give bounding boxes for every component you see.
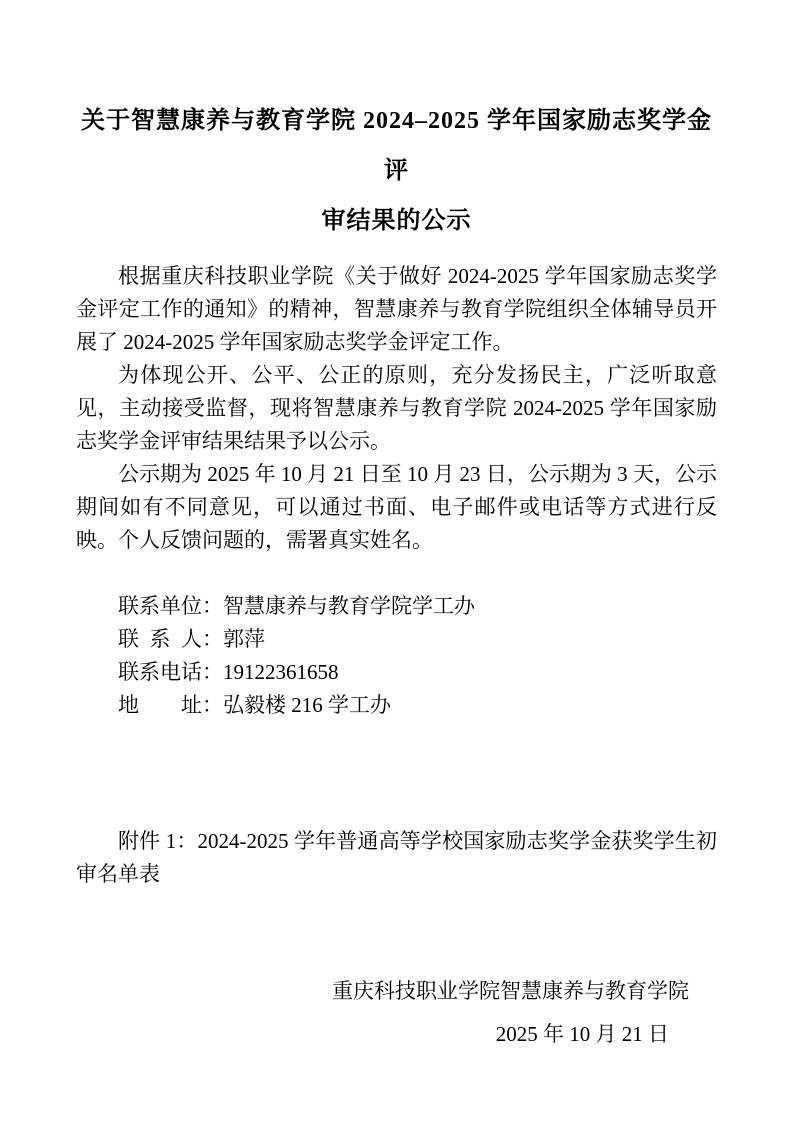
contact-phone-line: 联系电话：19122361658 [76, 656, 717, 689]
contact-phone-value: 19122361658 [223, 660, 339, 684]
contact-address-colon: ： [202, 693, 223, 717]
document-title: 关于智慧康养与教育学院 2024–2025 学年国家励志奖学金评 审结果的公示 [76, 96, 717, 246]
document-page: 关于智慧康养与教育学院 2024–2025 学年国家励志奖学金评 审结果的公示 … [0, 0, 793, 1122]
paragraph-basis: 根据重庆科技职业学院《关于做好 2024-2025 学年国家励志奖学金评定工作的… [76, 260, 717, 359]
contact-unit-value: 智慧康养与教育学院学工办 [223, 594, 475, 618]
contact-address-label: 地址 [118, 689, 202, 722]
contact-address-line: 地址：弘毅楼 216 学工办 [76, 689, 717, 722]
contact-unit-label: 联系单位 [118, 590, 202, 623]
contact-person-value: 郭萍 [223, 627, 265, 651]
contact-phone-colon: ： [202, 660, 223, 684]
contact-unit-colon: ： [202, 594, 223, 618]
attachment-note: 附件 1：2024-2025 学年普通高等学校国家励志奖学金获奖学生初审名单表 [76, 825, 717, 891]
contact-unit-line: 联系单位：智慧康养与教育学院学工办 [76, 590, 717, 623]
contact-phone-label: 联系电话 [118, 656, 202, 689]
contact-address-value: 弘毅楼 216 学工办 [223, 693, 391, 717]
contact-block: 联系单位：智慧康养与教育学院学工办 联系人：郭萍 联系电话：1912236165… [76, 590, 717, 722]
contact-person-colon: ： [202, 627, 223, 651]
document-title-line-1: 关于智慧康养与教育学院 2024–2025 学年国家励志奖学金评 [76, 96, 717, 196]
signature-date: 2025 年 10 月 21 日 [76, 1018, 717, 1051]
paragraph-principle: 为体现公开、公平、公正的原则，充分发扬民主，广泛听取意见，主动接受监督，现将智慧… [76, 359, 717, 458]
contact-person-label: 联系人 [118, 623, 202, 656]
contact-person-line: 联系人：郭萍 [76, 623, 717, 656]
document-title-line-2: 审结果的公示 [76, 196, 717, 246]
signature-organization: 重庆科技职业学院智慧康养与教育学院 [76, 975, 717, 1008]
paragraph-publicity-period: 公示期为 2025 年 10 月 21 日至 10 月 23 日，公示期为 3 … [76, 458, 717, 557]
